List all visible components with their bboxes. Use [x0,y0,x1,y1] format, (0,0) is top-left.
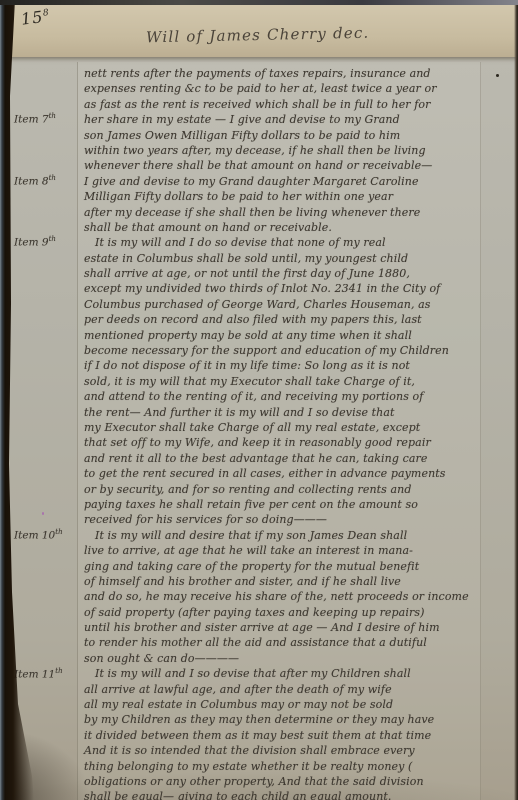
document-line: and attend to the renting of it, and rec… [84,389,512,404]
page-right-edge [514,0,518,800]
document-line: And it is so intended that the division … [84,743,512,758]
document-line: to render his mother all the aid and ass… [84,635,512,650]
margin-item-8-sup: th [49,174,56,182]
document-line: it divided between them as it may best s… [84,728,512,743]
document-line: ging and taking care of the property for… [84,559,512,574]
document-line: expenses renting &c to be paid to her at… [84,81,512,96]
document-line: by my Children as they may then determin… [84,712,512,727]
margin-item-7: Item 7th [14,112,56,126]
document-line: I give and devise to my Grand daughter M… [84,174,512,189]
document-line: the rent— And further it is my will and … [84,405,512,420]
page-number-sup: 8 [42,8,50,19]
purple-speck [42,512,44,515]
margin-item-11: Item 11th [14,667,63,681]
document-line: except my undivided two thirds of Inlot … [84,281,512,296]
document-line: as fast as the rent is received which sh… [84,97,512,112]
document-line: It is my will and desire that if my son … [84,528,512,543]
page-number-main: 15 [20,7,45,29]
margin-item-10: Item 10th [14,528,63,542]
document-line: Columbus purchased of George Ward, Charl… [84,297,512,312]
margin-item-8-text: Item 8 [14,176,49,188]
document-line: all my real estate in Columbus may or ma… [84,697,512,712]
margin-item-10-text: Item 10 [14,530,55,542]
document-line: received for his services for so doing——… [84,512,512,527]
document-line: after my decease if she shall then be li… [84,205,512,220]
document-line: her share in my estate — I give and devi… [84,112,512,127]
document-line: estate in Columbus shall be sold until, … [84,251,512,266]
margin-item-9-text: Item 9 [14,237,49,249]
document-line: obligations or any other property, And t… [84,774,512,789]
document-line: within two years after, my decease, if h… [84,143,512,158]
margin-item-7-sup: th [49,112,56,120]
document-line: son ought & can do———— [84,651,512,666]
document-line: shall arrive at age, or not until the fi… [84,266,512,281]
document-line: and rent it all to the best advantage th… [84,451,512,466]
document-line: all arrive at lawful age, and after the … [84,682,512,697]
document-line: Milligan Fifty dollars to be paid to her… [84,189,512,204]
document-line: It is my will and I so devise that after… [84,666,512,681]
document-line: son James Owen Milligan Fifty dollars to… [84,128,512,143]
scanned-will-page: 158 Will of James Cherry dec. Item 7th I… [0,0,518,800]
margin-item-11-sup: th [55,667,62,675]
margin-item-11-text: Item 11 [14,669,55,681]
ink-speck [496,74,499,77]
margin-item-7-text: Item 7 [14,114,49,126]
document-line: if I do not dispose of it in my life tim… [84,358,512,373]
document-line: sold, it is my will that my Executor sha… [84,374,512,389]
document-line: live to arrive, at age that he will take… [84,543,512,558]
margin-item-10-sup: th [55,528,62,536]
margin-item-9-sup: th [49,235,56,243]
document-line: thing belonging to my estate whether it … [84,759,512,774]
document-line: of himself and his brother and sister, a… [84,574,512,589]
document-line: of said property (after paying taxes and… [84,605,512,620]
document-line: that set off to my Wife, and keep it in … [84,435,512,450]
document-line: whenever there shall be that amount on h… [84,158,512,173]
document-line: or by security, and for so renting and c… [84,482,512,497]
document-line: shall be that amount on hand or receivab… [84,220,512,235]
margin-item-9: Item 9th [14,235,56,249]
document-line: to get the rent secured in all cases, ei… [84,466,512,481]
margin-item-8: Item 8th [14,174,56,188]
document-line: shall be equal— giving to each child an … [84,789,512,800]
page-number: 158 [20,6,51,28]
document-line: per deeds on record and also filed with … [84,312,512,327]
document-line: nett rents after the payments of taxes r… [84,66,512,81]
document-line: mentioned property may be sold at any ti… [84,328,512,343]
document-line: paying taxes he shall retain five per ce… [84,497,512,512]
document-line: my Executor shall take Charge of all my … [84,420,512,435]
document-line: become necessary for the support and edu… [84,343,512,358]
document-line: It is my will and I do so devise that no… [84,235,512,250]
scan-top-edge [0,0,518,5]
document-line: and do so, he may receive his share of t… [84,589,512,604]
document-body: nett rents after the payments of taxes r… [84,66,512,800]
document-line: until his brother and sister arrive at a… [84,620,512,635]
